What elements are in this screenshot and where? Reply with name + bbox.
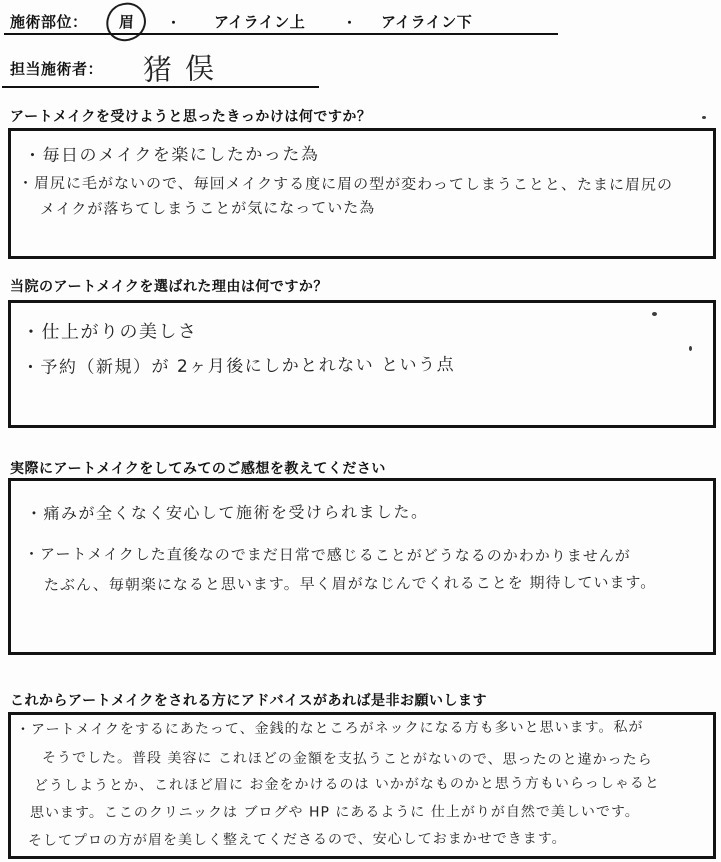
answer-line: どうしようとか、これほど眉に お金をかけるのは いかがなものかと思う方もいらっし… bbox=[34, 772, 660, 795]
scan-speck bbox=[702, 116, 706, 119]
answer-line: ・眉尻に毛がないので、毎回メイクする度に眉の型が変わってしまうことと、たまに眉尻… bbox=[18, 172, 673, 195]
site-row-underline bbox=[4, 33, 558, 35]
site-option-eyeline-lower: アイライン下 bbox=[381, 11, 472, 32]
answer-line: 思います。ここのクリニックは ブログや HP にあるように 仕上がりが自然で美し… bbox=[30, 801, 640, 822]
answer-line: そうでした。普段 美容に これほどの金額を支払うことがないので、思ったのと違かっ… bbox=[42, 747, 653, 769]
question-2-label: 当院のアートメイクを選ばれた理由は何ですか？ bbox=[10, 276, 328, 296]
scan-speck bbox=[689, 346, 692, 351]
question-3-label: 実際にアートメイクをしてみてのご感想を教えてください bbox=[10, 458, 386, 478]
answer-line: ・アートメイクした直後なのでまだ日常で感じることがどうなるのかわかりませんが bbox=[24, 543, 631, 566]
answer-line: たぶん、毎朝楽になると思います。早く眉がなじんでくれることを 期待しています。 bbox=[44, 571, 656, 595]
answer-line: そしてプロの方が眉を美しく整えてくださるので、安心しておまかせできます。 bbox=[28, 828, 567, 850]
question-4-label: これからアートメイクをされる方にアドバイスがあれば是非お願いします bbox=[10, 690, 487, 710]
answer-line: ・毎日のメイクを楽にしたかった為 bbox=[24, 140, 319, 166]
scan-speck bbox=[652, 312, 657, 316]
practitioner-underline bbox=[2, 86, 319, 88]
answer-line: メイクが落ちてしまうことが気になっていた為 bbox=[40, 197, 375, 219]
site-separator-dot-1: ・ bbox=[167, 12, 181, 31]
practitioner-label: 担当施術者： bbox=[10, 58, 103, 79]
answer-line: ・アートメイクをするにあたって、金銭的なところがネックになる方も多いと思います。… bbox=[16, 716, 644, 739]
treatment-site-label: 施術部位： bbox=[10, 11, 88, 32]
site-separator-dot-2: ・ bbox=[343, 12, 357, 31]
question-1-label: アートメイクを受けようと思ったきっかけは何ですか？ bbox=[10, 106, 371, 126]
answer-line: ・痛みが全くなく安心して施術を受けられました。 bbox=[26, 499, 429, 524]
answer-line: ・仕上がりの美しさ bbox=[22, 317, 198, 344]
answer-line: ・予約（新規）が 2ヶ月後にしかとれない という点 bbox=[22, 350, 455, 378]
practitioner-name-handwritten: 猪俣 bbox=[142, 46, 227, 89]
scanned-questionnaire: 施術部位： 眉 ・ アイライン上 ・ アイライン下 担当施術者： 猪俣 アートメ… bbox=[0, 0, 721, 862]
site-option-eyeline-upper: アイライン上 bbox=[214, 11, 305, 32]
site-option-brow: 眉 bbox=[119, 11, 135, 32]
